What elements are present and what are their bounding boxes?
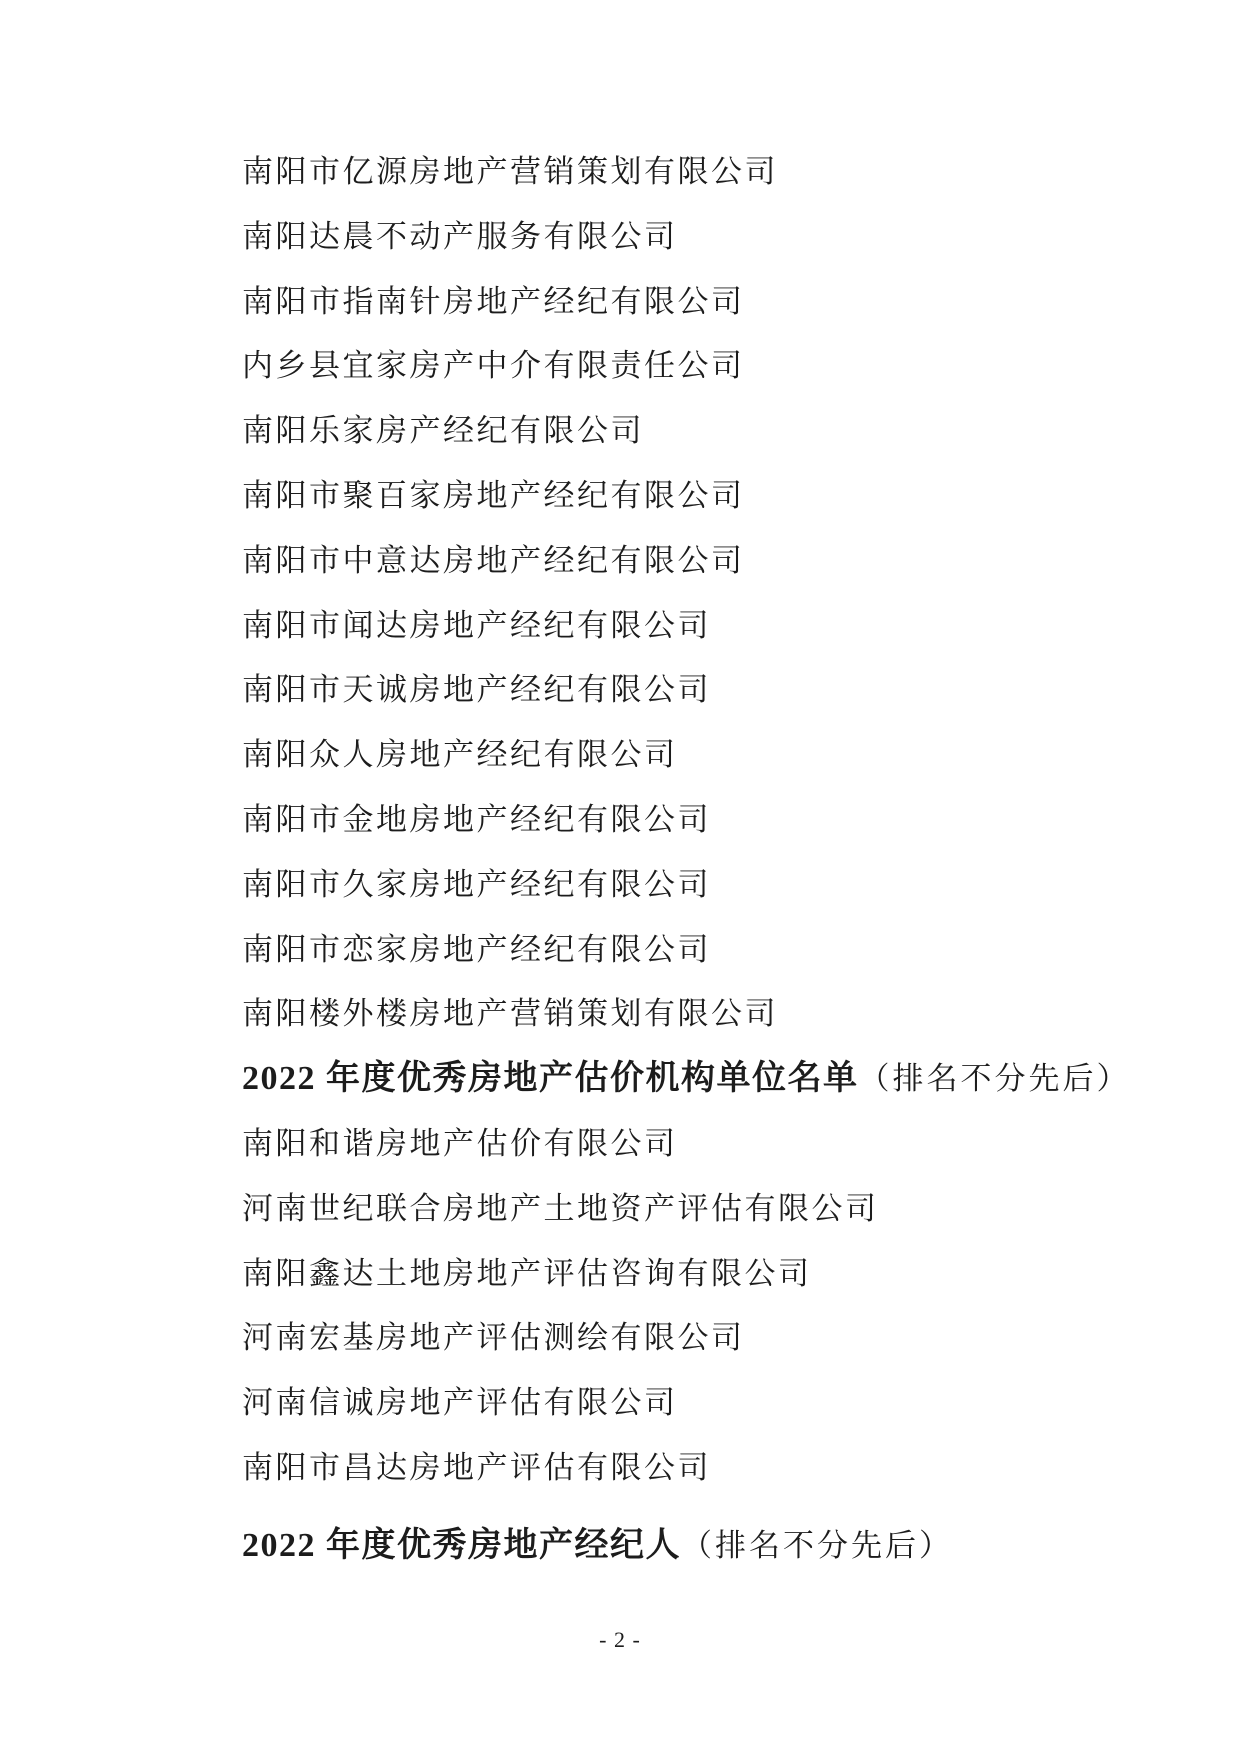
broker-company-item: 南阳市聚百家房地产经纪有限公司 [242,464,1180,529]
valuation-company-item: 河南世纪联合房地产土地资产评估有限公司 [242,1177,1180,1242]
broker-company-item: 南阳楼外楼房地产营销策划有限公司 [242,982,1180,1047]
broker-company-item: 南阳市久家房地产经纪有限公司 [242,853,1180,918]
broker-company-item: 南阳市天诚房地产经纪有限公司 [242,658,1180,723]
broker-company-item: 南阳乐家房产经纪有限公司 [242,399,1180,464]
document-page: 南阳市亿源房地产营销策划有限公司 南阳达晨不动产服务有限公司 南阳市指南针房地产… [0,0,1240,1753]
broker-company-item: 南阳市亿源房地产营销策划有限公司 [242,140,1180,205]
broker-company-item: 南阳市中意达房地产经纪有限公司 [242,529,1180,594]
valuation-company-item: 河南信诚房地产评估有限公司 [242,1371,1180,1436]
broker-company-item: 南阳市恋家房地产经纪有限公司 [242,918,1180,983]
agent-heading-note: （排名不分先后） [681,1528,953,1563]
agent-section-heading: 2022 年度优秀房地产经纪人（排名不分先后） [242,1514,1180,1579]
document-body: 南阳市亿源房地产营销策划有限公司 南阳达晨不动产服务有限公司 南阳市指南针房地产… [242,140,1180,1579]
broker-company-item: 南阳达晨不动产服务有限公司 [242,205,1180,270]
valuation-heading-title: 2022 年度优秀房地产估价机构单位名单 [242,1060,859,1097]
broker-company-item: 南阳众人房地产经纪有限公司 [242,723,1180,788]
valuation-company-item: 南阳市昌达房地产评估有限公司 [242,1436,1180,1501]
valuation-company-item: 南阳和谐房地产估价有限公司 [242,1112,1180,1177]
broker-company-item: 南阳市闻达房地产经纪有限公司 [242,594,1180,659]
valuation-section-heading: 2022 年度优秀房地产估价机构单位名单（排名不分先后） [242,1047,1180,1112]
valuation-company-item: 南阳鑫达土地房地产评估咨询有限公司 [242,1242,1180,1307]
broker-company-item: 南阳市指南针房地产经纪有限公司 [242,270,1180,335]
valuation-heading-note: （排名不分先后） [859,1061,1131,1096]
agent-heading-title: 2022 年度优秀房地产经纪人 [242,1527,681,1564]
page-number: - 2 - [0,1624,1240,1656]
broker-company-item: 南阳市金地房地产经纪有限公司 [242,788,1180,853]
broker-company-item: 内乡县宜家房产中介有限责任公司 [242,334,1180,399]
valuation-company-item: 河南宏基房地产评估测绘有限公司 [242,1306,1180,1371]
